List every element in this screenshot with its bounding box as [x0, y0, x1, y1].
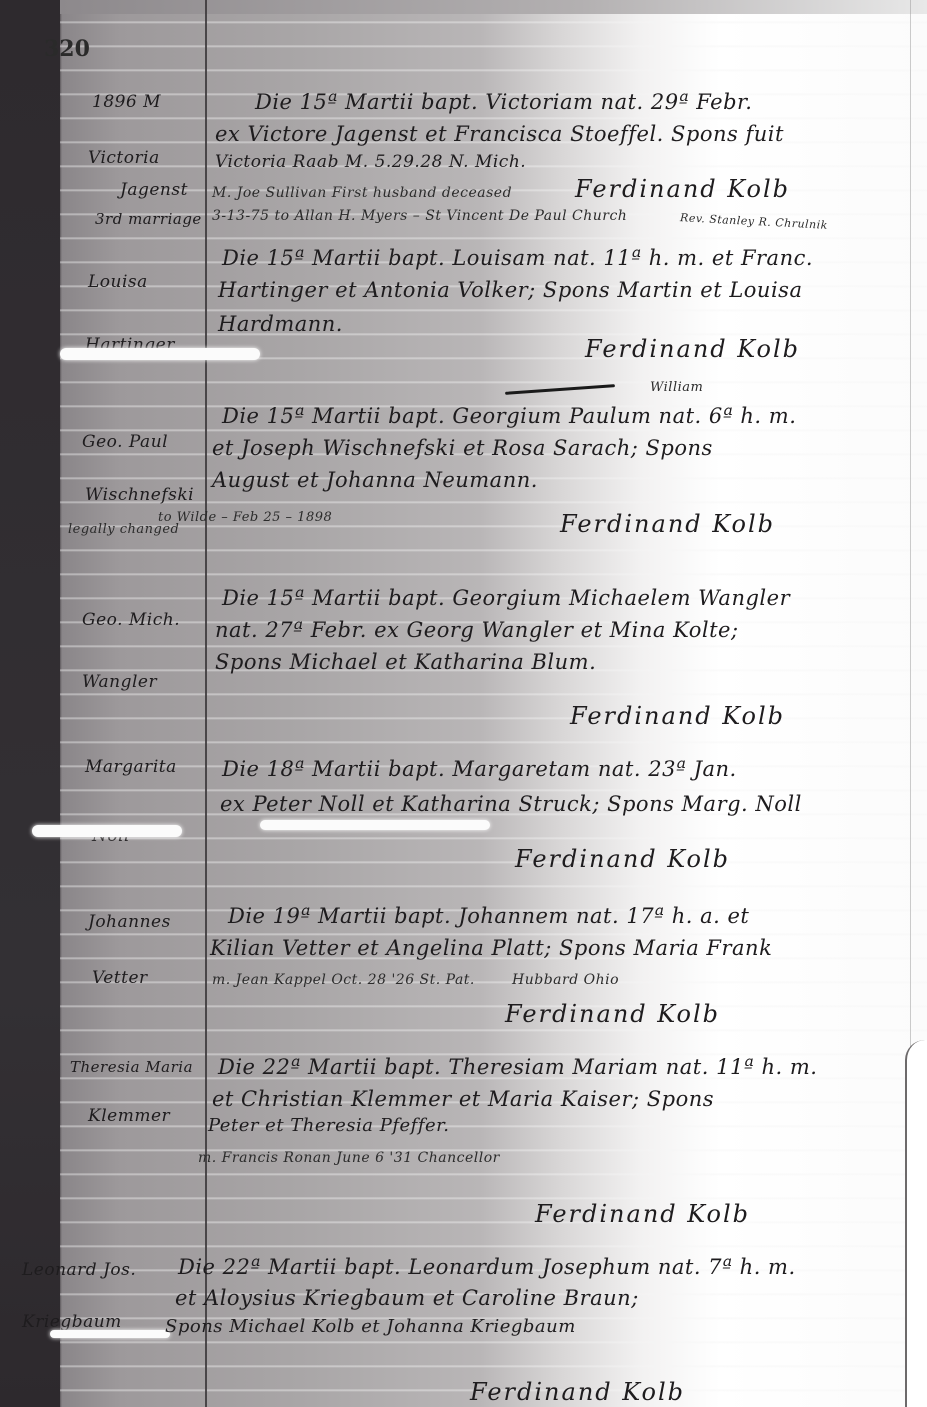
- entry-line: Hartinger et Antonia Volker; Spons Marti…: [218, 278, 802, 302]
- entry-line: Die 22ª Martii bapt. Leonardum Josephum …: [178, 1255, 796, 1279]
- margin-name: Geo. Mich.: [82, 610, 180, 630]
- entry-line: Die 19ª Martii bapt. Johannem nat. 17ª h…: [228, 904, 749, 928]
- entry-line: Die 18ª Martii bapt. Margaretam nat. 23ª…: [222, 757, 737, 781]
- marriage-note: 3-13-75 to Allan H. Myers – St Vincent D…: [212, 208, 627, 224]
- entry-line: Peter et Theresia Pfeffer.: [208, 1115, 449, 1136]
- name-correction: William: [650, 380, 703, 395]
- margin-year: 1896 M: [92, 92, 161, 112]
- entry-line: Spons Michael Kolb et Johanna Kriegbaum: [165, 1316, 576, 1337]
- entry-line: Die 15ª Martii bapt. Louisam nat. 11ª h.…: [222, 246, 813, 270]
- marriage-note: m. Francis Ronan June 6 '31 Chancellor: [198, 1150, 500, 1166]
- priest-signature: Ferdinand Kolb: [515, 845, 730, 873]
- priest-signature: Ferdinand Kolb: [505, 1000, 720, 1028]
- entry-line: Die 15ª Martii bapt. Victoriam nat. 29ª …: [255, 90, 752, 114]
- margin-name: Margarita: [85, 757, 177, 777]
- torn-page-edge: [905, 1040, 927, 1407]
- margin-name: Geo. Paul: [82, 432, 168, 452]
- entry-line: Kilian Vetter et Angelina Platt; Spons M…: [210, 936, 772, 960]
- margin-surname: Vetter: [92, 968, 148, 988]
- priest-signature: Ferdinand Kolb: [535, 1200, 750, 1228]
- right-border-line: [910, 0, 911, 1200]
- paper-damage: [60, 348, 260, 360]
- priest-signature: Ferdinand Kolb: [585, 335, 800, 363]
- entry-line: Die 15ª Martii bapt. Georgium Paulum nat…: [222, 404, 796, 428]
- entry-line: Victoria Raab M. 5.29.28 N. Mich.: [215, 152, 526, 172]
- margin-surname: Wangler: [82, 672, 157, 692]
- priest-signature: Ferdinand Kolb: [575, 175, 790, 203]
- entry-line: Die 22ª Martii bapt. Theresiam Mariam na…: [218, 1055, 817, 1079]
- margin-name: Leonard Jos.: [22, 1260, 136, 1280]
- entry-line: nat. 27ª Febr. ex Georg Wangler et Mina …: [215, 618, 739, 642]
- margin-name: Johannes: [88, 912, 171, 932]
- paper-damage: [32, 825, 182, 837]
- marriage-note: m. Jean Kappel Oct. 28 '26 St. Pat.: [212, 972, 475, 988]
- entry-line: Hardmann.: [218, 312, 343, 336]
- priest-signature: Ferdinand Kolb: [470, 1378, 685, 1406]
- priest-signature: Ferdinand Kolb: [570, 702, 785, 730]
- priest-signature: Ferdinand Kolb: [560, 510, 775, 538]
- entry-line: Die 15ª Martii bapt. Georgium Michaelem …: [222, 586, 790, 610]
- margin-name: Louisa: [88, 272, 148, 292]
- margin-note: 3rd marriage: [95, 210, 202, 228]
- page-number: 320: [44, 36, 90, 62]
- margin-surname: Klemmer: [88, 1106, 170, 1126]
- page-top-edge: [60, 0, 927, 14]
- margin-divider-line: [205, 0, 207, 1407]
- paper-damage: [260, 820, 490, 830]
- entry-line: ex Peter Noll et Katharina Struck; Spons…: [220, 792, 802, 816]
- entry-line: et Aloysius Kriegbaum et Caroline Braun;: [175, 1286, 639, 1310]
- name-change-note: to Wilde – Feb 25 – 1898: [158, 510, 332, 525]
- entry-line: et Joseph Wischnefski et Rosa Sarach; Sp…: [212, 436, 713, 460]
- margin-surname: Kriegbaum: [22, 1312, 122, 1332]
- entry-line: August et Johanna Neumann.: [212, 468, 538, 492]
- margin-surname: Wischnefski: [85, 485, 194, 505]
- entry-line: et Christian Klemmer et Maria Kaiser; Sp…: [212, 1087, 714, 1111]
- margin-name: Theresia Maria: [70, 1058, 193, 1076]
- entry-line: Spons Michael et Katharina Blum.: [215, 650, 596, 674]
- margin-name: Victoria: [88, 148, 160, 168]
- entry-line: ex Victore Jagenst et Francisca Stoeffel…: [215, 122, 784, 146]
- paper-damage: [50, 1330, 170, 1338]
- marriage-note: M. Joe Sullivan First husband deceased: [212, 185, 512, 201]
- margin-surname: Jagenst: [120, 180, 188, 200]
- place-note: Hubbard Ohio: [512, 972, 619, 988]
